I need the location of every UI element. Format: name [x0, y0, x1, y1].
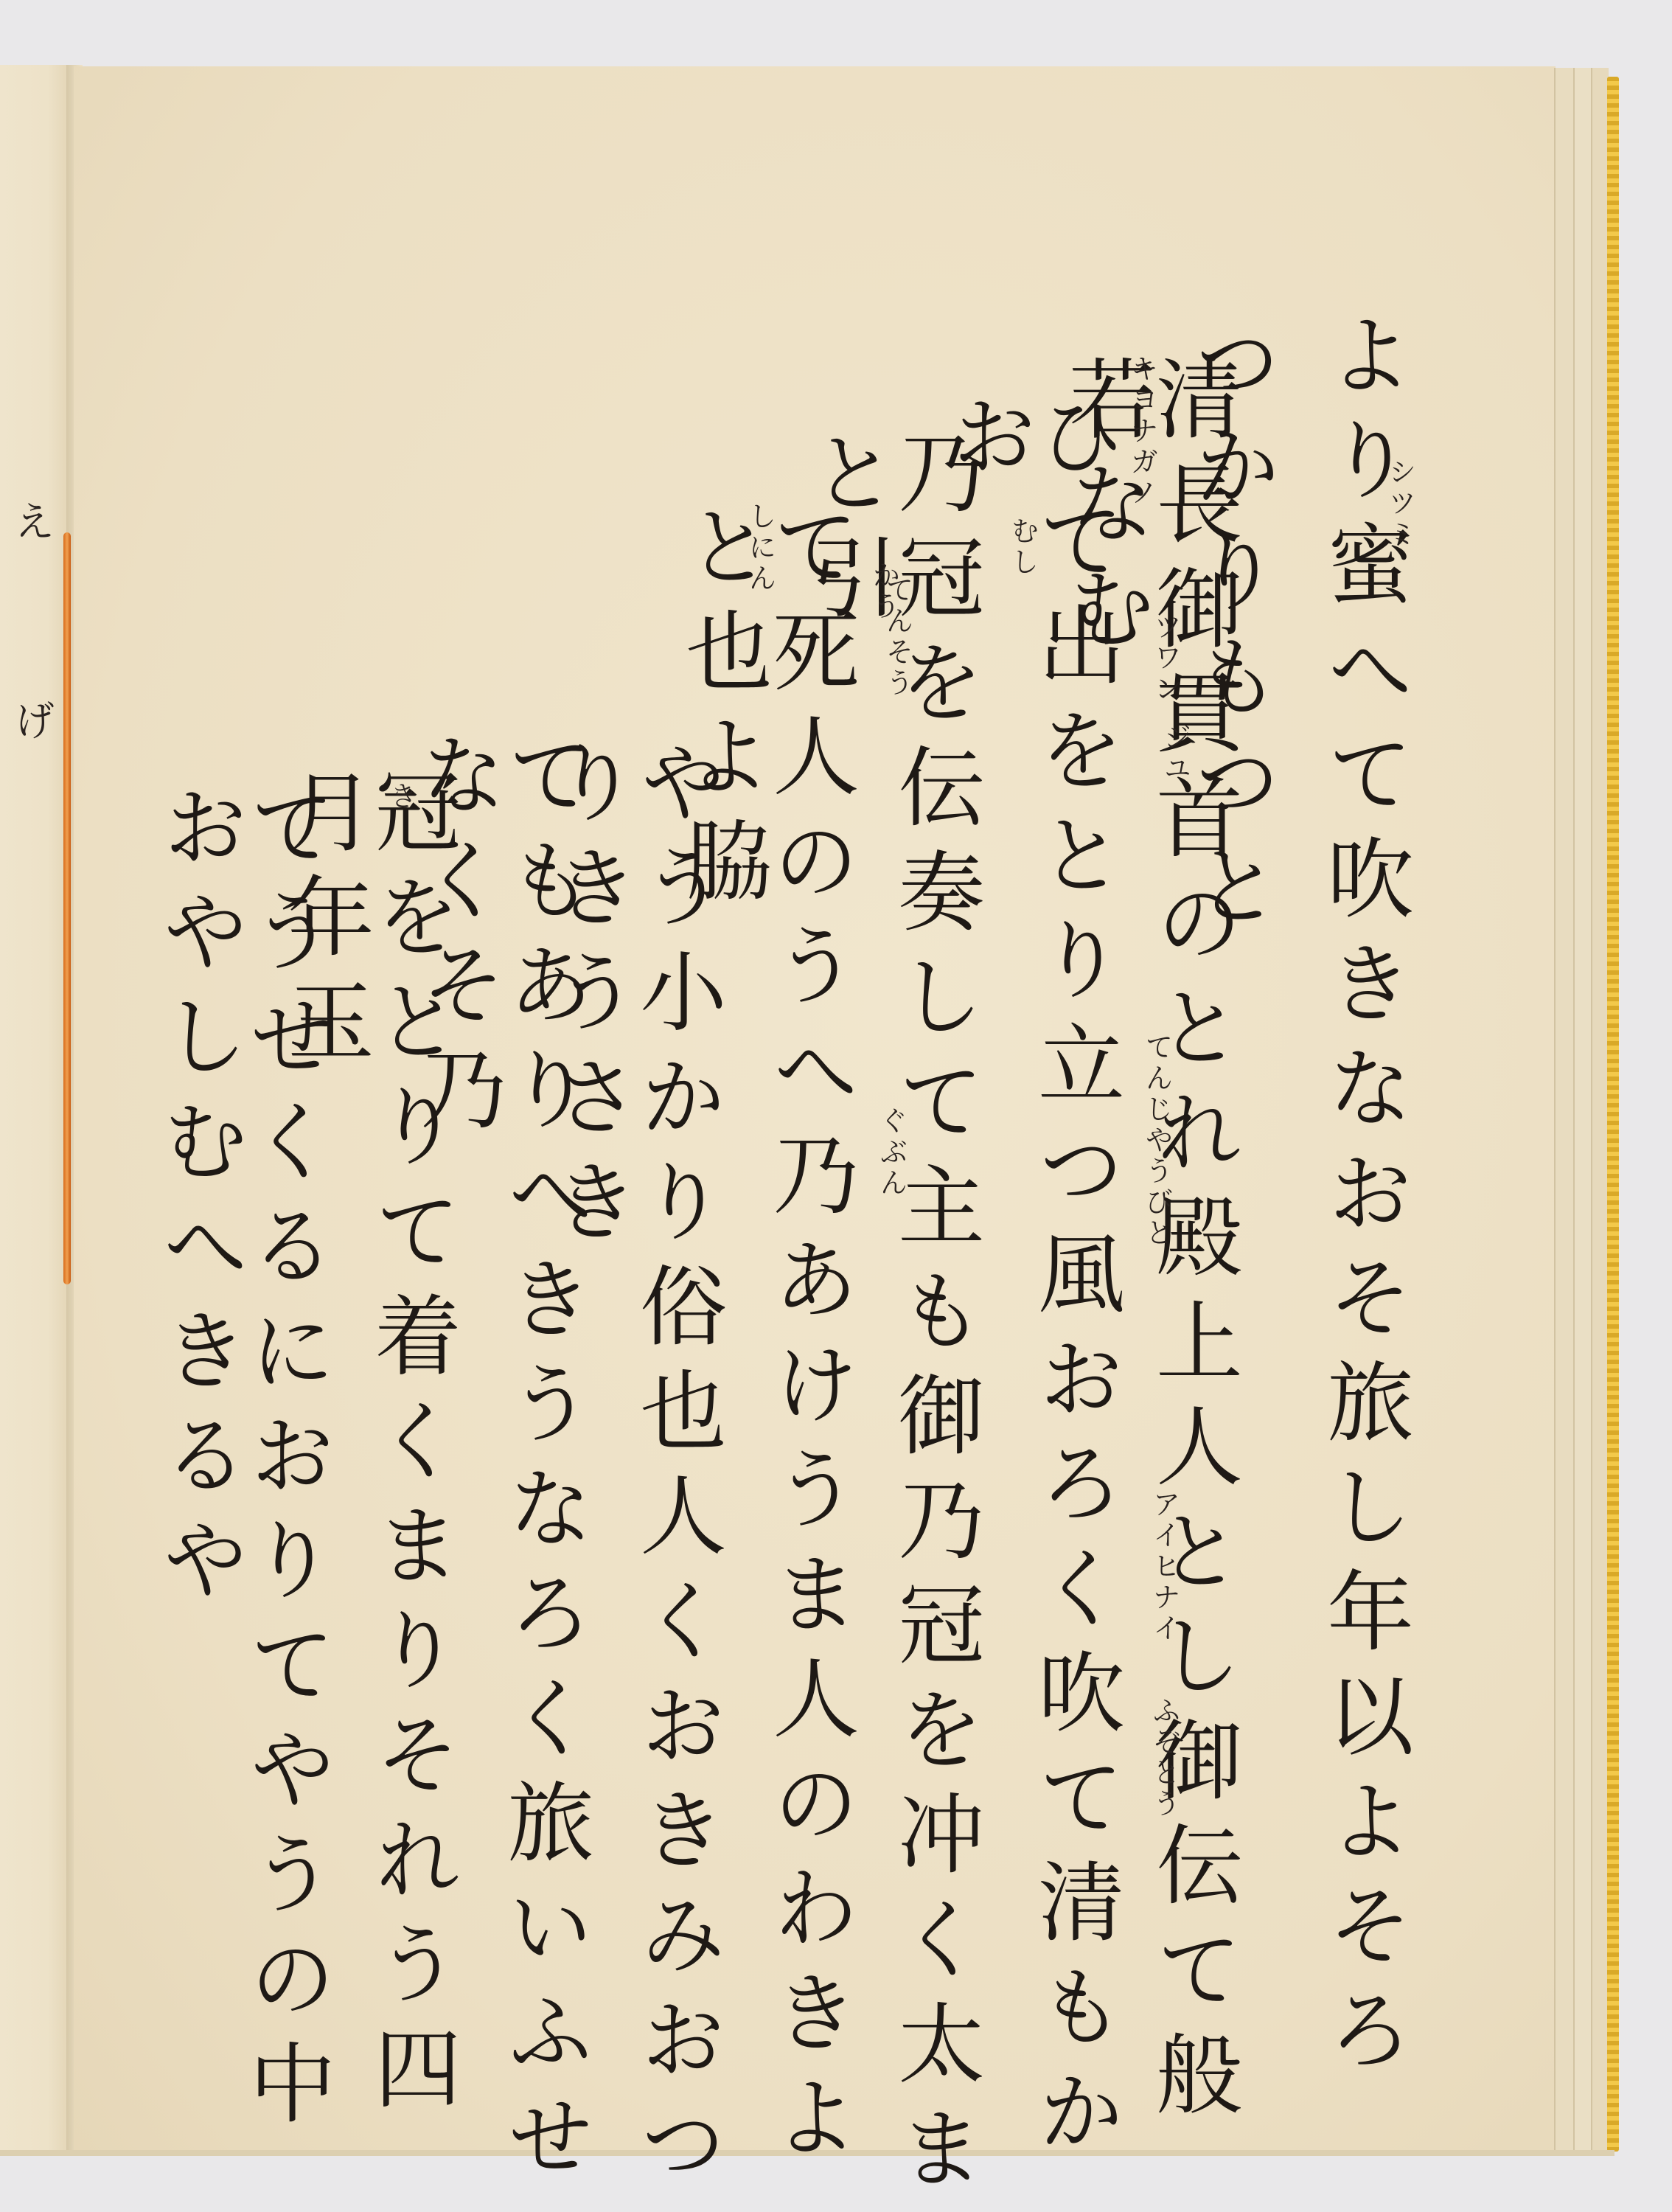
page-edge [1591, 68, 1609, 2154]
left-page-glyph: げ [1, 699, 60, 740]
ruby-annotation: むし [1009, 516, 1037, 578]
text-column-1: より蜜へて吹きなおそ旅し年以よそろ [1320, 310, 1407, 2090]
text-column-10: てうせくるにおりてやうの中おやしむへきるや [155, 782, 329, 2212]
ruby-annotation: シツミ [1386, 457, 1414, 550]
ruby-annotation: ぐぶん [877, 1106, 905, 1199]
gilt-cover-edge [1607, 77, 1619, 2152]
ruby-annotation: ジユ [1161, 723, 1189, 785]
binding-thread [63, 532, 71, 1284]
ruby-annotation: アイヒナイ [1150, 1489, 1178, 1644]
ruby-annotation: ツワン [1152, 612, 1180, 705]
page-edge [1573, 68, 1592, 2154]
ruby-annotation: しにん [746, 501, 774, 594]
left-page-glyph: え [1, 500, 60, 541]
open-book: え げ より蜜へて吹きなおそ旅し年以よそろ シツミ つかりもつと 清長御貫首のと… [0, 0, 1672, 2212]
ruby-annotation: き [387, 782, 415, 813]
left-page-fragment: え げ [0, 65, 68, 2152]
ruby-annotation: てんじやうびと [1143, 1032, 1171, 1249]
ruby-annotation: てんそう [883, 575, 911, 699]
ruby-annotation: キヨナガノ [1128, 354, 1156, 509]
ruby-annotation: ふぞとう [1150, 1696, 1178, 1820]
page-edge [1554, 68, 1575, 2154]
